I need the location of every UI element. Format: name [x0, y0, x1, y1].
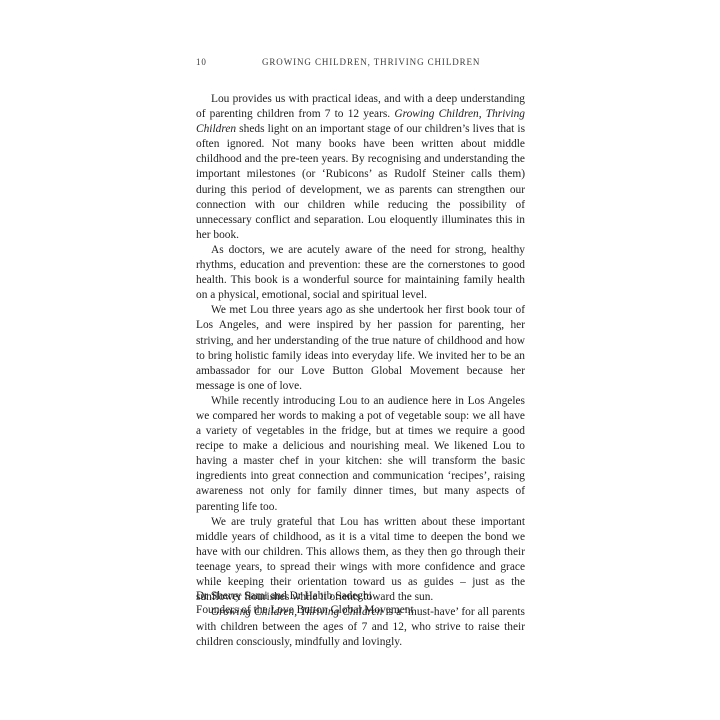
paragraph-3: We met Lou three years ago as she undert… — [196, 303, 525, 394]
running-header: 10 Growing Children, Thriving Children — [196, 57, 526, 71]
book-page: 10 Growing Children, Thriving Children L… — [0, 0, 720, 720]
paragraph-2: As doctors, we are acutely aware of the … — [196, 243, 525, 303]
running-title: Growing Children, Thriving Children — [262, 57, 480, 67]
signature-title: Founders of the Love Button Global Movem… — [196, 604, 525, 618]
text-run: While recently introducing Lou to an aud… — [196, 395, 525, 513]
signature-block: Dr Sherry Sami and Dr Habib Sadeghi Foun… — [196, 590, 525, 617]
text-run: We met Lou three years ago as she undert… — [196, 304, 525, 391]
paragraph-4: While recently introducing Lou to an aud… — [196, 394, 525, 515]
text-run: sheds light on an important stage of our… — [196, 123, 525, 241]
signature-names: Dr Sherry Sami and Dr Habib Sadeghi — [196, 590, 525, 604]
page-number: 10 — [196, 57, 207, 67]
paragraph-1: Lou provides us with practical ideas, an… — [196, 92, 525, 243]
text-run: As doctors, we are acutely aware of the … — [196, 244, 525, 301]
body-text: Lou provides us with practical ideas, an… — [196, 92, 525, 650]
